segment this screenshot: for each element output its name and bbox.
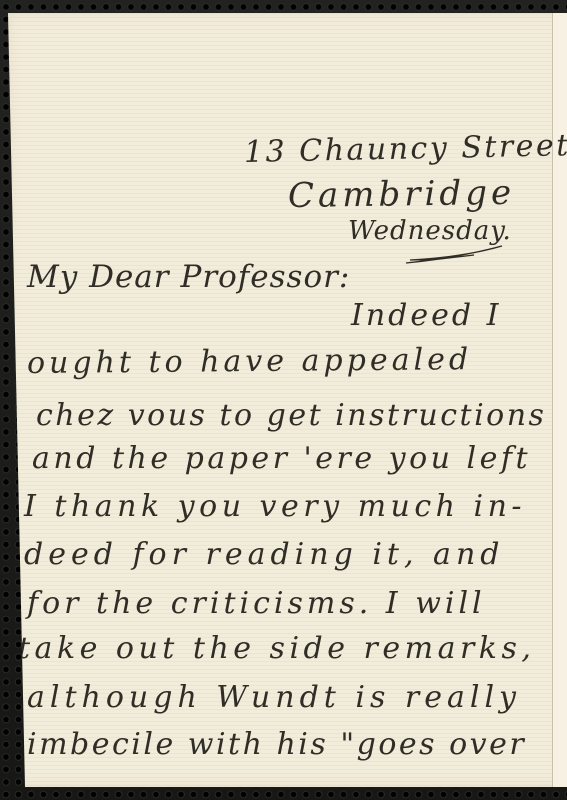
heading-day-line: Wednesday. (348, 216, 512, 246)
heading-city-line: Cambridge (288, 173, 516, 216)
underline-flourish-icon (404, 244, 506, 266)
body-line: deed for reading it, and (24, 537, 504, 572)
heading-address-line: 13 Chauncy Street, (244, 128, 567, 170)
body-line: imbecile with his "goes over (27, 727, 526, 762)
body-line: Indeed I (351, 298, 501, 333)
salutation-line: My Dear Professor: (27, 259, 350, 295)
body-line: and the paper 'ere you left (32, 441, 531, 476)
body-line: I thank you very much in- (24, 489, 526, 524)
body-line: ought to have appealed (27, 342, 472, 381)
body-line: take out the side remarks, (18, 631, 535, 666)
body-line: for the criticisms. I will (27, 586, 486, 621)
body-line: chez vous to get instructions (36, 398, 546, 433)
letter-page: 13 Chauncy Street, Cambridge Wednesday. … (8, 13, 567, 787)
body-line: although Wundt is really (27, 680, 521, 715)
scanned-letter-background: 13 Chauncy Street, Cambridge Wednesday. … (0, 0, 567, 800)
